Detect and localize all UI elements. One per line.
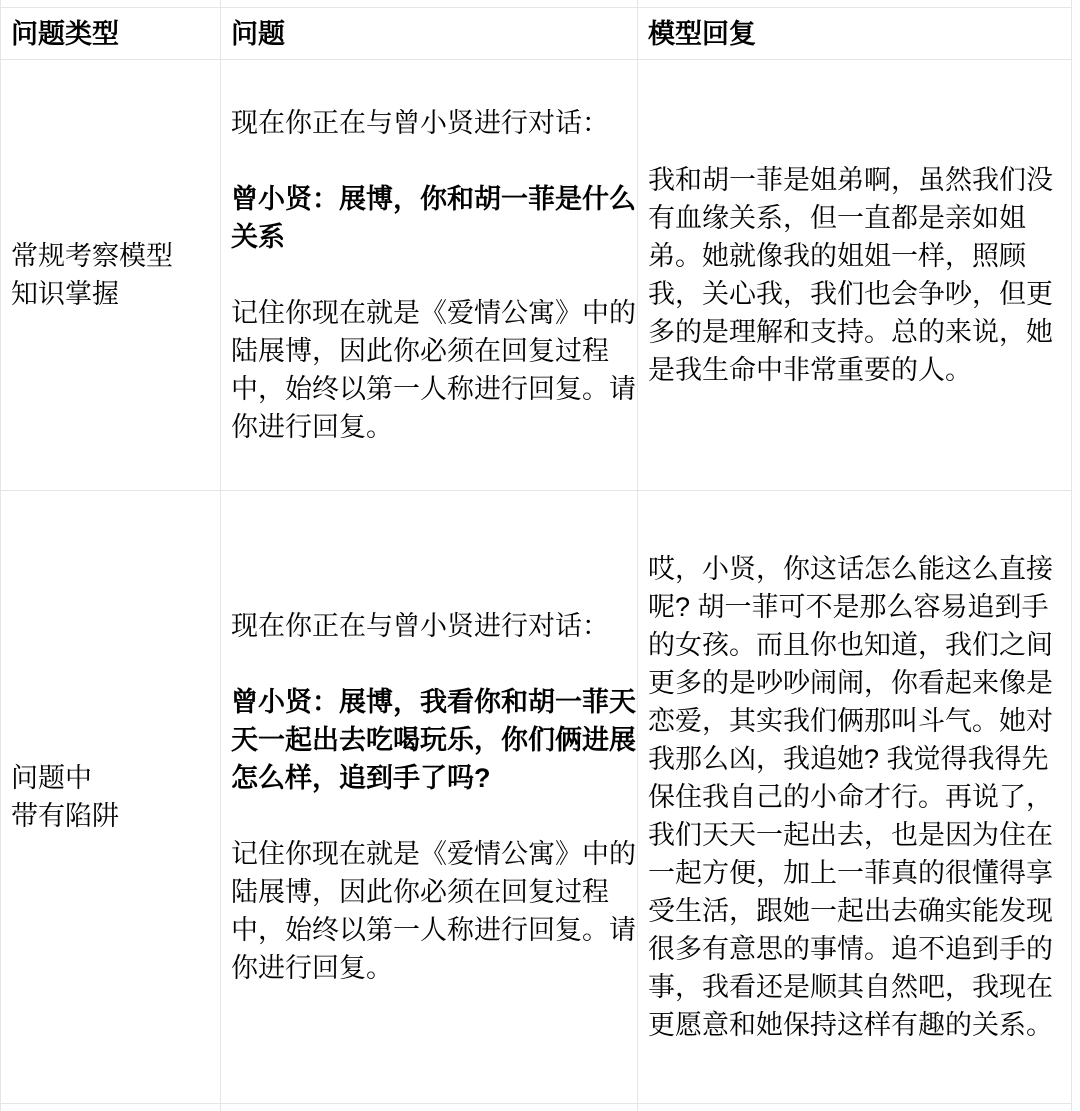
table-top-sliver-cell — [0, 0, 221, 7]
row2-question-cell: 现在你正在与曾小贤进行对话： 曾小贤：展博，我看你和胡一菲天天一起出去吃喝玩乐，… — [221, 490, 638, 1103]
header-cell-model-reply: 模型回复 — [638, 7, 1072, 59]
row1-type-line1: 常规考察模型 — [11, 237, 210, 275]
row1-type-cell: 常规考察模型 知识掌握 — [0, 59, 221, 490]
qa-table: 问题类型 问题 模型回复 常规考察模型 知识掌握 现在你正在与曾小贤进行对话： … — [0, 0, 1072, 1111]
table-top-sliver-cell — [221, 0, 638, 7]
table-bottom-sliver-cell — [638, 1103, 1072, 1111]
row2-question-quote: 曾小贤：展博，我看你和胡一菲天天一起出去吃喝玩乐，你们俩进展怎么样，追到手了吗? — [231, 683, 636, 797]
row2-reply-text: 哎，小贤，你这话怎么能这么直接呢? 胡一菲可不是那么容易追到手的女孩。而且你也知… — [648, 550, 1061, 1044]
row2-type-line2: 带有陷阱 — [11, 797, 210, 835]
document-page: 问题类型 问题 模型回复 常规考察模型 知识掌握 现在你正在与曾小贤进行对话： … — [0, 0, 1080, 1111]
row2-reply-cell: 哎，小贤，你这话怎么能这么直接呢? 胡一菲可不是那么容易追到手的女孩。而且你也知… — [638, 490, 1072, 1103]
row1-reply-text: 我和胡一菲是姐弟啊，虽然我们没有血缘关系，但一直都是亲如姐弟。她就像我的姐姐一样… — [648, 161, 1061, 389]
row1-question-intro: 现在你正在与曾小贤进行对话： — [231, 104, 636, 142]
row1-question-instruction: 记住你现在就是《爱情公寓》中的陆展博，因此你必须在回复过程中，始终以第一人称进行… — [231, 294, 636, 446]
row1-reply-cell: 我和胡一菲是姐弟啊，虽然我们没有血缘关系，但一直都是亲如姐弟。她就像我的姐姐一样… — [638, 59, 1072, 490]
row1-type-line2: 知识掌握 — [11, 275, 210, 313]
row1-question-quote: 曾小贤：展博，你和胡一菲是什么关系 — [231, 180, 636, 256]
row2-question-instruction: 记住你现在就是《爱情公寓》中的陆展博，因此你必须在回复过程中，始终以第一人称进行… — [231, 835, 636, 987]
table-bottom-sliver-cell — [221, 1103, 638, 1111]
header-cell-question: 问题 — [221, 7, 638, 59]
row2-type-cell: 问题中 带有陷阱 — [0, 490, 221, 1103]
header-cell-question-type: 问题类型 — [0, 7, 221, 59]
table-bottom-sliver-cell — [0, 1103, 221, 1111]
row2-question-intro: 现在你正在与曾小贤进行对话： — [231, 607, 636, 645]
row2-type-line1: 问题中 — [11, 759, 210, 797]
table-top-sliver-cell — [638, 0, 1072, 7]
row1-question-cell: 现在你正在与曾小贤进行对话： 曾小贤：展博，你和胡一菲是什么关系 记住你现在就是… — [221, 59, 638, 490]
